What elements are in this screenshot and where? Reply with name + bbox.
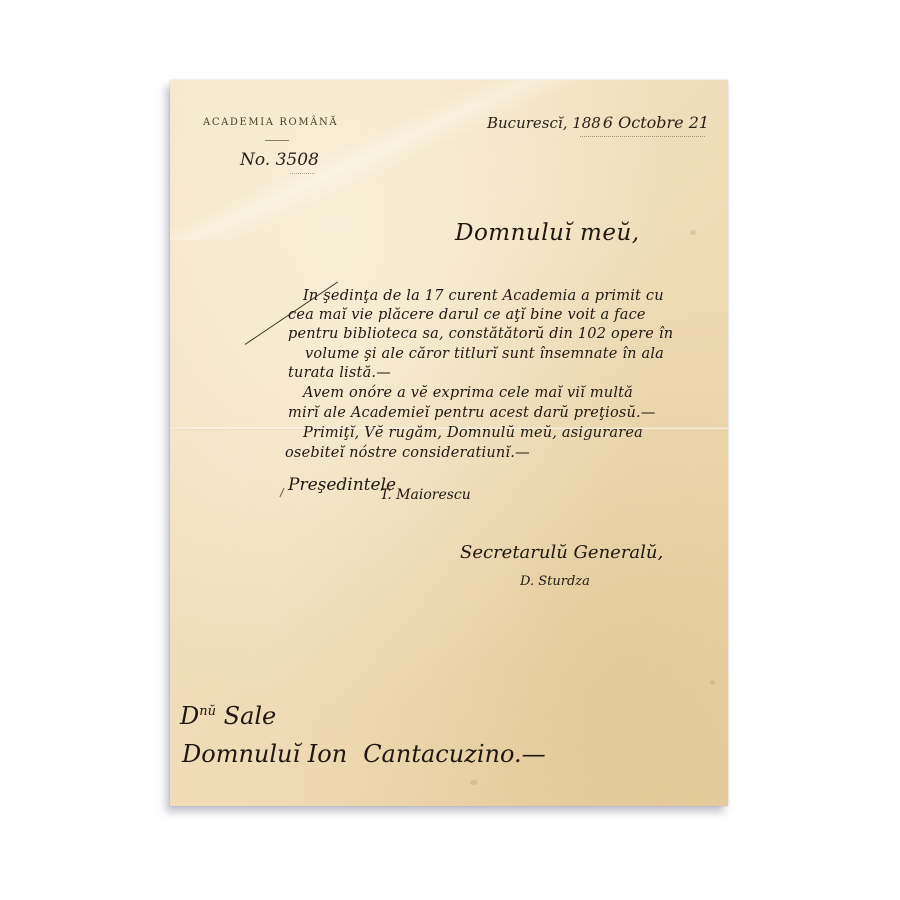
president-signature: T. Maiorescu (380, 487, 471, 503)
addressee-sup: nŭ (199, 704, 216, 719)
body-line: turata listă.— (288, 365, 391, 381)
secretary-title: Secretarulŭ Generalŭ, (460, 542, 663, 563)
paper-stain (690, 230, 696, 235)
addressee-honorific: Dnŭ Sale (180, 702, 276, 730)
paper-stain (710, 680, 715, 685)
body-line: volume şi ale căror titlurĭ sunt însemna… (305, 346, 664, 362)
secretary-signature: D. Sturdza (520, 574, 590, 589)
reference-underline (290, 173, 315, 175)
dateline-date: 6 Octobre 21 (603, 113, 709, 132)
addressee-given: Domnuluĭ Ion (182, 740, 347, 768)
dateline: Bucurescĭ, 1886 Octobre 21 (487, 113, 709, 132)
body-line: pentru biblioteca sa, constătătorŭ din 1… (288, 326, 673, 342)
body-line: osebiteĭ nóstre consideratiunĭ.— (285, 445, 530, 461)
addressee-prefix: D (180, 702, 199, 730)
addressee-name: Domnuluĭ IonCantacuzino.— (182, 740, 546, 768)
salutation: Domnuluĭ meŭ, (455, 220, 640, 246)
letterhead: ACADEMIA ROMÂNĂ (203, 117, 338, 128)
reference-number: No. 3508 (240, 150, 319, 170)
letter-paper: ACADEMIA ROMÂNĂ No. 3508 Bucurescĭ, 1886… (170, 80, 728, 806)
addressee-surname: Cantacuzino.— (363, 740, 545, 768)
margin-mark (279, 488, 284, 497)
letterhead-rule (265, 140, 289, 141)
body-line: mirĭ ale Academieĭ pentru acest darŭ pre… (288, 405, 656, 421)
dateline-underline (580, 136, 705, 138)
body-line: cea maĭ vie plăcere darul ce aţĭ bine vo… (288, 307, 646, 323)
paper-stain (470, 780, 478, 785)
addressee-sale: Sale (216, 702, 276, 730)
body-line: Primiţĭ, Vĕ rugăm, Domnulŭ meŭ, asigurar… (303, 425, 643, 441)
body-line: In şedinţa de la 17 curent Academia a pr… (303, 288, 664, 304)
body-line: Avem onóre a vĕ exprima cele maĭ viĭ mul… (303, 385, 633, 401)
dateline-place: Bucurescĭ, 188 (487, 114, 601, 132)
